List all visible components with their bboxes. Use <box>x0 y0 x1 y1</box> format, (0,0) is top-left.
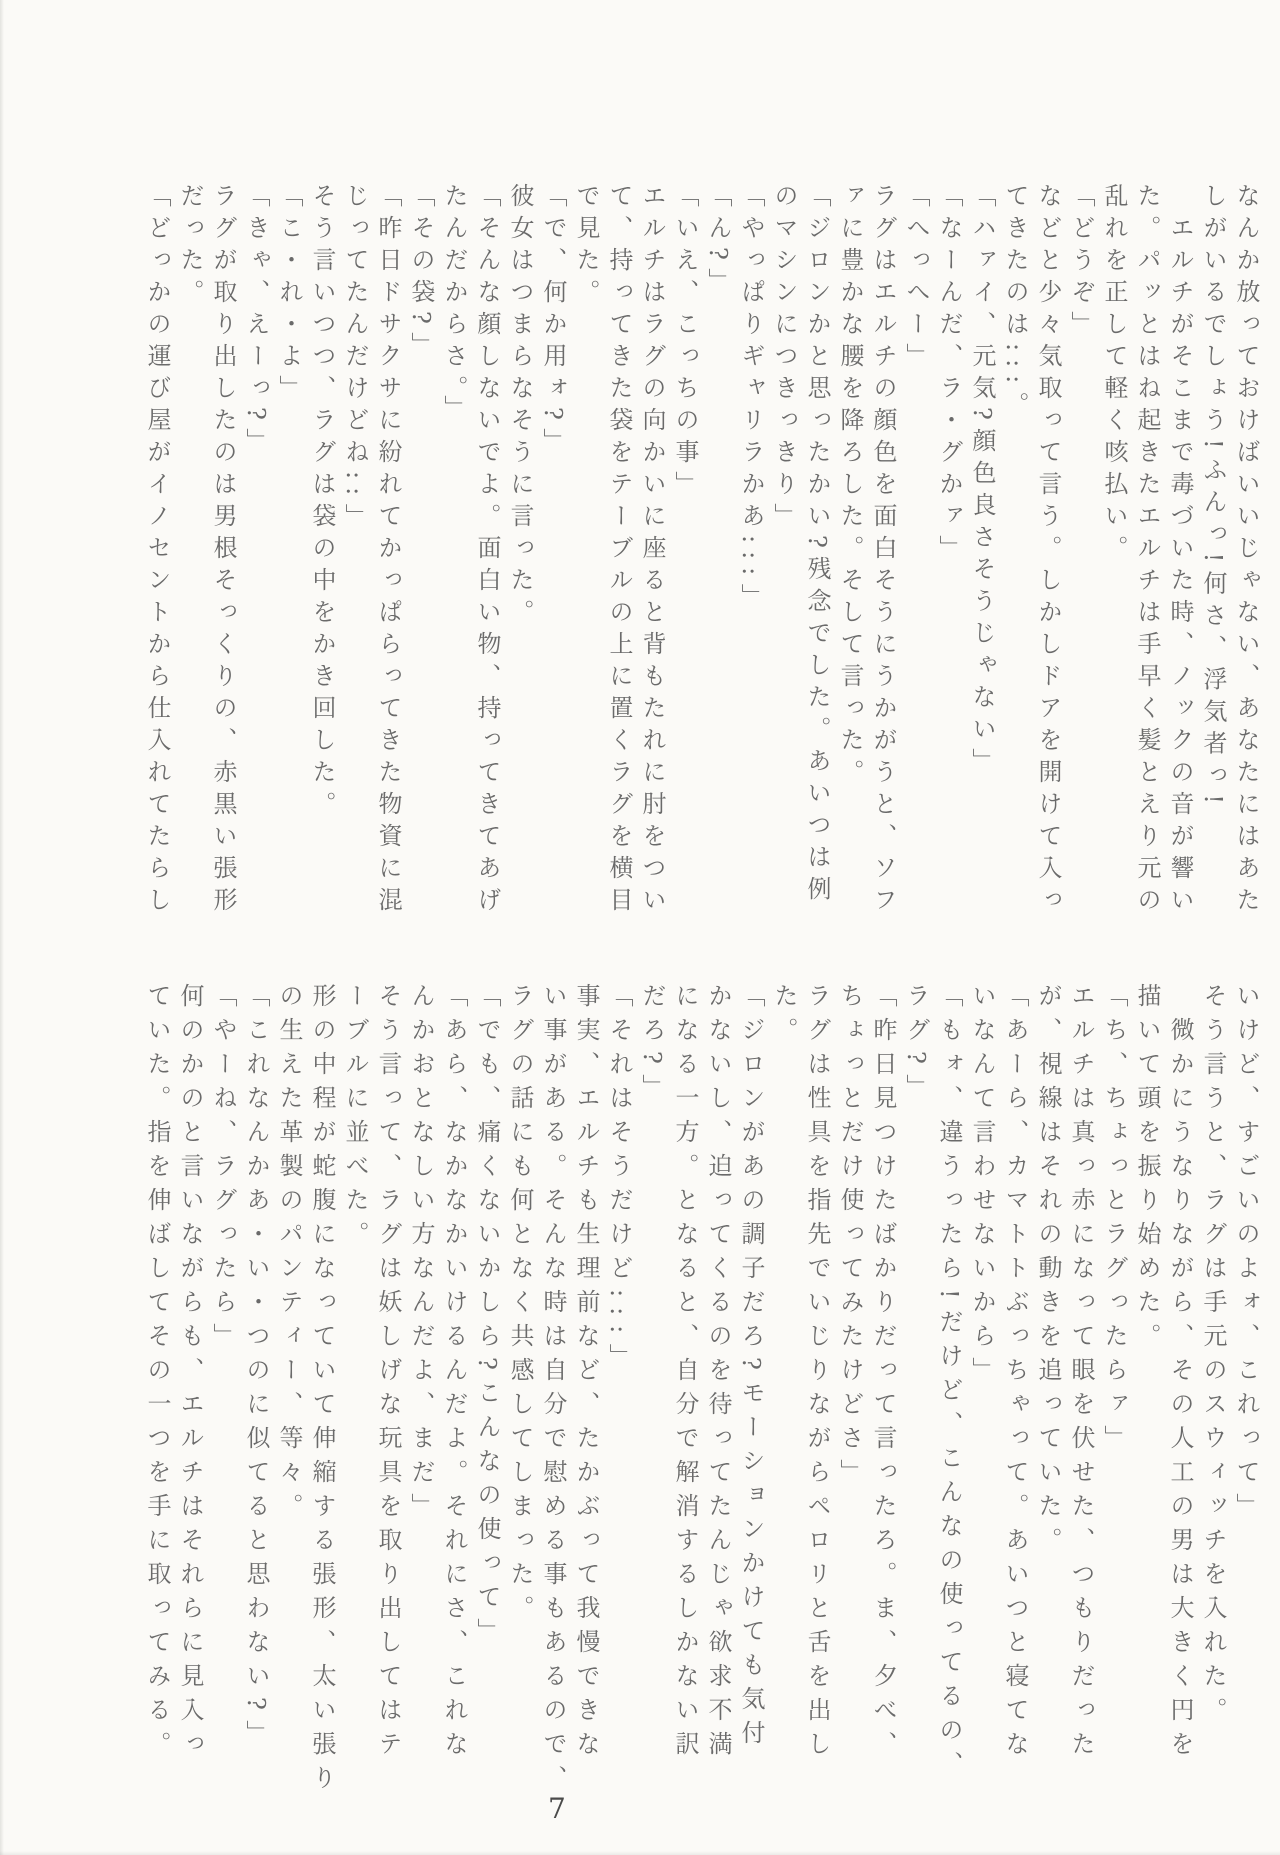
text-line: 「こ・れ・よ」 <box>272 183 305 945</box>
text-line: だろ?」 <box>635 983 668 1797</box>
text-line: い事がある。そんな時は自分で慰める事もあるので、 <box>536 983 569 1797</box>
text-line: 彼女はつまらなそうに言った。 <box>503 183 536 945</box>
text-line: しがいるでしょう!ふんっ!何さ、浮気者っ! <box>1196 183 1229 945</box>
text-line: ラグ?」 <box>899 983 932 1797</box>
text-line: 「やーね、ラグったら」 <box>206 983 239 1797</box>
text-line: の生えた革製のパンティー、等々。 <box>272 983 305 1797</box>
text-line: 「なーんだ、ラ・グかァ」 <box>932 183 965 945</box>
text-line: ラグはエルチの顔色を面白そうにうかがうと、ソフ <box>866 183 899 945</box>
scanned-novel-page: なんか放っておけばいいじゃない、あなたにはあたしがいるでしょう!ふんっ!何さ、浮… <box>0 0 1280 1855</box>
text-line: てきたのは:::。 <box>998 183 1031 945</box>
text-line: 「どうぞ」 <box>1064 183 1097 945</box>
text-line: で見た。 <box>569 183 602 945</box>
text-line: になる一方。となると、自分で解消するしかない訳 <box>668 983 701 1797</box>
text-line: 「ち、ちょっとラグったらァ」 <box>1097 983 1130 1797</box>
text-line: んかおとなしい方なんだよ、まだ」 <box>404 983 437 1797</box>
text-line: ラグが取り出したのは男根そっくりの、赤黒い張形 <box>206 183 239 945</box>
text-line: そう言うと、ラグは手元のスウィッチを入れた。 <box>1196 983 1229 1797</box>
text-line: 「それはそうだけど:::」 <box>602 983 635 1797</box>
text-line: て、持ってきた袋をテーブルの上に置くラグを横目 <box>602 183 635 945</box>
text-line: のマシンにつきっきり」 <box>767 183 800 945</box>
text-line: 描いて頭を振り始めた。 <box>1130 983 1163 1797</box>
text-line: 「ジロンかと思ったかい?残念でした。あいつは例 <box>800 183 833 945</box>
text-line: 「もォ、違うったら!だけど、こんなの使ってるの、 <box>932 983 965 1797</box>
text-line: いけど、すごいのよォ、これって」 <box>1229 983 1262 1797</box>
text-line: そう言いつつ、ラグは袋の中をかき回した。 <box>305 183 338 945</box>
text-line: ーブルに並べた。 <box>338 983 371 1797</box>
text-line: 「やっぱりギャリラかあ:::」 <box>734 183 767 945</box>
text-line: が、視線はそれの動きを追っていた。 <box>1031 983 1064 1797</box>
vertical-text-block-bottom: いけど、すごいのよォ、これって」そう言うと、ラグは手元のスウィッチを入れた。 微… <box>140 983 1262 1797</box>
text-line: 「あーら、カマトトぶっちゃって。あいつと寝てな <box>998 983 1031 1797</box>
text-line: 「ハァイ、元気?顔色良さそうじゃない」 <box>965 183 998 945</box>
text-line: 「ジロンがあの調子だろ?モーションかけても気付 <box>734 983 767 1797</box>
text-line: た。 <box>767 983 800 1797</box>
text-line: たんだからさ。」 <box>437 183 470 945</box>
text-line: 「昨日見つけたばかりだって言ったろ。ま、夕べ、 <box>866 983 899 1797</box>
text-line: 事実、エルチも生理前など、たかぶって我慢できな <box>569 983 602 1797</box>
scan-edge-shadow <box>0 0 4 1855</box>
text-line: ちょっとだけ使ってみたけどさ」 <box>833 983 866 1797</box>
text-line: ラグは性具を指先でいじりながらペロリと舌を出し <box>800 983 833 1797</box>
text-line: かないし、迫ってくるのを待ってたんじゃ欲求不満 <box>701 983 734 1797</box>
text-line: 「どっかの運び屋がイノセントから仕入れてたらし <box>140 183 173 945</box>
text-line: 「で、何か用ォ?」 <box>536 183 569 945</box>
text-line: じってたんだけどね::」 <box>338 183 371 945</box>
text-line: ラグの話にも何となく共感してしまった。 <box>503 983 536 1797</box>
text-line: エルチはラグの向かいに座ると背もたれに肘をつい <box>635 183 668 945</box>
text-line: なんか放っておけばいいじゃない、あなたにはあた <box>1229 183 1262 945</box>
text-line: 乱れを正して軽く咳払い。 <box>1097 183 1130 945</box>
text-line: だった。 <box>173 183 206 945</box>
text-line: 「これなんかあ・い・つのに似てると思わない?」 <box>239 983 272 1797</box>
text-line: 何のかのと言いながらも、エルチはそれらに見入っ <box>173 983 206 1797</box>
text-line: いなんて言わせないから」 <box>965 983 998 1797</box>
text-line: 形の中程が蛇腹になっていて伸縮する張形、太い張り <box>305 983 338 1797</box>
text-line: エルチがそこまで毒づいた時、ノックの音が響い <box>1163 183 1196 945</box>
text-line: 「あら、なかなかいけるんだよ。それにさ、これな <box>437 983 470 1797</box>
page-number: 7 <box>548 1792 566 1825</box>
text-line: などと少々気取って言う。しかしドアを開けて入っ <box>1031 183 1064 945</box>
text-line: 微かにうなりながら、その人工の男は大きく円を <box>1163 983 1196 1797</box>
text-line: ァに豊かな腰を降ろした。そして言った。 <box>833 183 866 945</box>
text-line: 「いえ、こっちの事」 <box>668 183 701 945</box>
text-line: 「きゃ、えーっ?」 <box>239 183 272 945</box>
text-line: 「その袋?」 <box>404 183 437 945</box>
text-line: 「ん?」 <box>701 183 734 945</box>
scan-edge-shadow-bottom <box>0 1851 1280 1855</box>
text-line: た。パッとはね起きたエルチは手早く髪とえり元の <box>1130 183 1163 945</box>
text-line: 「そんな顔しないでよ。面白い物、持ってきてあげ <box>470 183 503 945</box>
text-line: そう言って、ラグは妖しげな玩具を取り出してはテ <box>371 983 404 1797</box>
vertical-text-block-top: なんか放っておけばいいじゃない、あなたにはあたしがいるでしょう!ふんっ!何さ、浮… <box>140 183 1262 945</box>
text-line: 「でも、痛くないかしら?こんなの使って」 <box>470 983 503 1797</box>
text-line: 「昨日ドサクサに紛れてかっぱらってきた物資に混 <box>371 183 404 945</box>
text-line: ていた。指を伸ばしてその一つを手に取ってみる。 <box>140 983 173 1797</box>
text-line: 「へっへー」 <box>899 183 932 945</box>
text-line: エルチは真っ赤になって眼を伏せた、つもりだった <box>1064 983 1097 1797</box>
